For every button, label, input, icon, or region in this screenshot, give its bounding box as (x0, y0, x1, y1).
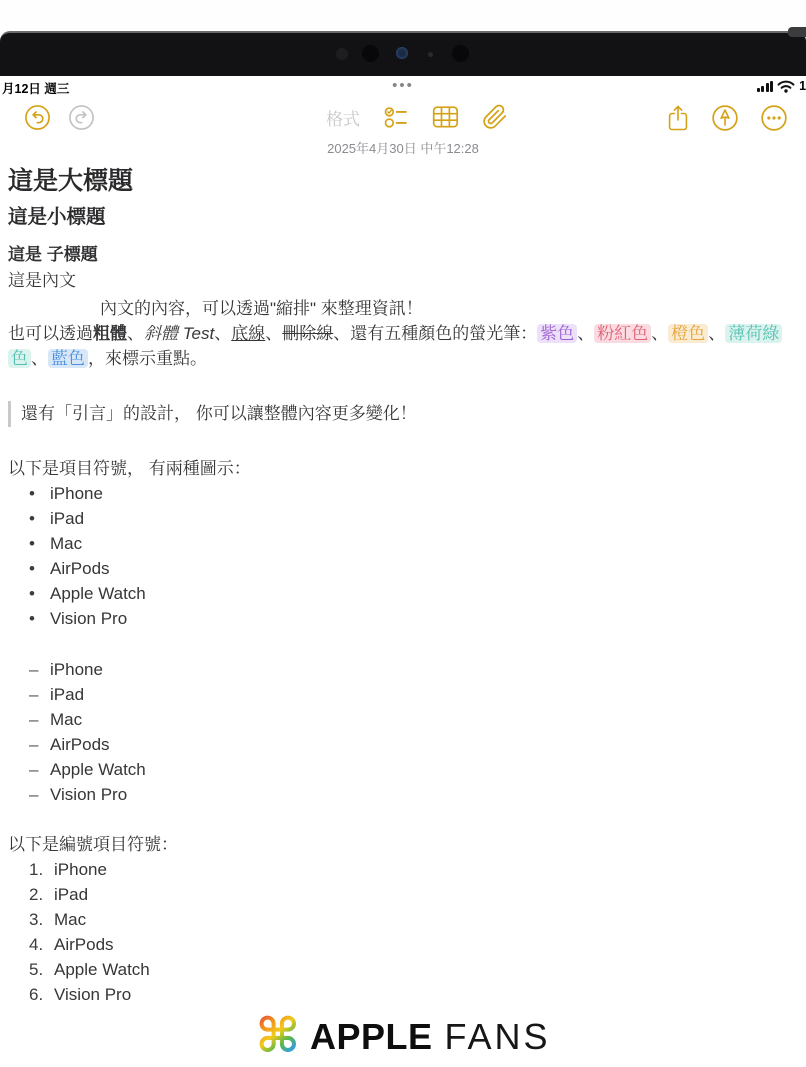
text-plain: 還有五種顏色的螢光筆： (350, 324, 537, 343)
sensor-dot (336, 48, 348, 60)
list-item-label: AirPods (50, 556, 110, 581)
list-item-label: iPad (50, 682, 84, 707)
notes-toolbar: 格式 (0, 100, 806, 138)
note-body[interactable]: 這是大標題 這是小標題 這是 子標題 這是內文 內文的內容，可以透過"縮排" 來… (0, 164, 806, 1007)
dash-marker: – (29, 782, 50, 807)
highlight-purple: 紫色 (537, 324, 577, 343)
list-item: •iPad (8, 506, 797, 531)
list-item-label: iPhone (50, 657, 103, 682)
logo-word-fans: FANS (445, 1016, 551, 1058)
bullet-marker: • (29, 506, 50, 531)
checklist-button[interactable] (383, 105, 409, 130)
bullet-marker: • (29, 531, 50, 556)
camera-dot (362, 45, 379, 62)
note-title: 這是大標題 (8, 164, 797, 198)
list-item: •iPhone (8, 481, 797, 506)
list-item-label: iPhone (54, 857, 107, 882)
separator: 、 (127, 324, 144, 343)
list-item-label: iPad (54, 882, 88, 907)
list-item: 5.Apple Watch (8, 957, 797, 982)
number-marker: 2. (29, 882, 54, 907)
camera-dot-2 (452, 45, 469, 62)
list-item: 3.Mac (8, 907, 797, 932)
list-item-label: AirPods (54, 932, 114, 957)
highlight-pink: 粉紅色 (594, 324, 651, 343)
list-item-label: AirPods (50, 732, 110, 757)
number-marker: 3. (29, 907, 54, 932)
undo-button[interactable] (24, 104, 51, 131)
list-item: 6.Vision Pro (8, 982, 797, 1007)
highlight-orange: 橙色 (668, 324, 708, 343)
separator: 、 (651, 324, 668, 343)
separator: 、 (214, 324, 231, 343)
list-item-label: Vision Pro (50, 782, 127, 807)
list-item: 2.iPad (8, 882, 797, 907)
list-item-label: Vision Pro (50, 606, 127, 631)
camera-lens-dot (396, 47, 408, 59)
list-item: •Vision Pro (8, 606, 797, 631)
separator: 、 (265, 324, 282, 343)
dash-marker: – (29, 757, 50, 782)
bullet-marker: • (29, 581, 50, 606)
dash-marker: – (29, 657, 50, 682)
bullet-list: •iPhone •iPad •Mac •AirPods •Apple Watch… (8, 481, 797, 631)
dash-marker: – (29, 732, 50, 757)
list-item-label: Vision Pro (54, 982, 131, 1007)
bullet-marker: • (29, 606, 50, 631)
number-marker: 5. (29, 957, 54, 982)
format-button[interactable]: 格式 (326, 105, 360, 130)
list-item-label: iPhone (50, 481, 103, 506)
share-button[interactable] (666, 104, 690, 132)
list-item: –iPhone (8, 657, 797, 682)
block-quote: 還有「引言」的設計， 你可以讓整體內容更多變化！ (8, 401, 797, 427)
separator: 、 (577, 324, 594, 343)
list-item-label: Apple Watch (50, 581, 146, 606)
multitask-handle-dots[interactable]: ••• (0, 77, 806, 94)
list-item-label: iPad (50, 506, 84, 531)
dash-marker: – (29, 707, 50, 732)
text-bold: 粗體 (93, 324, 127, 343)
highlight-mint: 薄荷綠 (725, 324, 782, 343)
markup-button[interactable] (711, 104, 739, 132)
number-marker: 4. (29, 932, 54, 957)
separator: 、 (708, 324, 725, 343)
more-button[interactable] (760, 104, 788, 132)
text-strikethrough: 刪除線 (282, 324, 333, 343)
highlight-blue: 藍色 (48, 349, 88, 368)
wifi-icon (777, 80, 795, 93)
list-item: –Mac (8, 707, 797, 732)
note-body-line: 這是內文 (8, 269, 797, 292)
apple-fans-logo: ⌘ APPLE FANS (0, 1013, 806, 1061)
list-item: –iPad (8, 682, 797, 707)
text-plain: 也可以透過 (8, 324, 93, 343)
bullet-section-header: 以下是項目符號， 有兩種圖示： (8, 457, 797, 481)
battery-percent: 10 (799, 79, 806, 93)
separator: 、 (333, 324, 350, 343)
numbered-section-header: 以下是編號項目符號： (8, 833, 797, 857)
command-symbol-icon: ⌘ (255, 1013, 300, 1061)
device-edge-button (788, 27, 806, 37)
note-timestamp: 2025年4月30日 中午12:28 (0, 138, 806, 156)
number-marker: 6. (29, 982, 54, 1007)
format-demo-paragraph: 也可以透過粗體、斜體 Test、底線、刪除線、還有五種顏色的螢光筆：紫色、粉紅色… (8, 321, 797, 371)
list-item: •Apple Watch (8, 581, 797, 606)
redo-button[interactable] (68, 104, 95, 131)
list-item-label: Mac (54, 907, 86, 932)
separator: ， (88, 349, 105, 368)
status-right-cluster: 10 (757, 79, 806, 93)
list-item-label: Mac (50, 707, 82, 732)
note-heading: 這是小標題 (8, 204, 797, 231)
list-item-label: Apple Watch (50, 757, 146, 782)
list-item: •AirPods (8, 556, 797, 581)
note-indented-line: 內文的內容，可以透過"縮排" 來整理資訊！ (8, 296, 797, 321)
text-plain: 來標示重點。 (105, 349, 207, 368)
list-item: •Mac (8, 531, 797, 556)
bullet-marker: • (29, 481, 50, 506)
ipad-notes-screenshot: 月12日 週三 ••• 10 (0, 0, 806, 1067)
text-italic: 斜體 Test (144, 324, 214, 343)
list-item: –Apple Watch (8, 757, 797, 782)
highlight-mint-wrap: 色 (8, 349, 31, 368)
dash-list: –iPhone –iPad –Mac –AirPods –Apple Watch… (8, 657, 797, 807)
list-item: 4.AirPods (8, 932, 797, 957)
separator: 、 (31, 349, 48, 368)
text-underline: 底線 (231, 324, 265, 343)
bullet-marker: • (29, 556, 50, 581)
table-button[interactable] (432, 105, 459, 129)
list-item-label: Mac (50, 531, 82, 556)
dash-marker: – (29, 682, 50, 707)
mic-dot (428, 52, 433, 57)
status-bar: 月12日 週三 ••• 10 (0, 76, 806, 98)
photo-background (0, 0, 806, 31)
attachment-button[interactable] (482, 104, 508, 130)
note-subheading: 這是 子標題 (8, 243, 797, 266)
list-item: 1.iPhone (8, 857, 797, 882)
numbered-list: 1.iPhone 2.iPad 3.Mac 4.AirPods 5.Apple … (8, 857, 797, 1007)
number-marker: 1. (29, 857, 54, 882)
device-top-bezel (0, 31, 806, 76)
logo-word-apple: APPLE (310, 1016, 433, 1058)
list-item: –AirPods (8, 732, 797, 757)
cellular-signal-icon (757, 81, 774, 92)
list-item: –Vision Pro (8, 782, 797, 807)
list-item-label: Apple Watch (54, 957, 150, 982)
